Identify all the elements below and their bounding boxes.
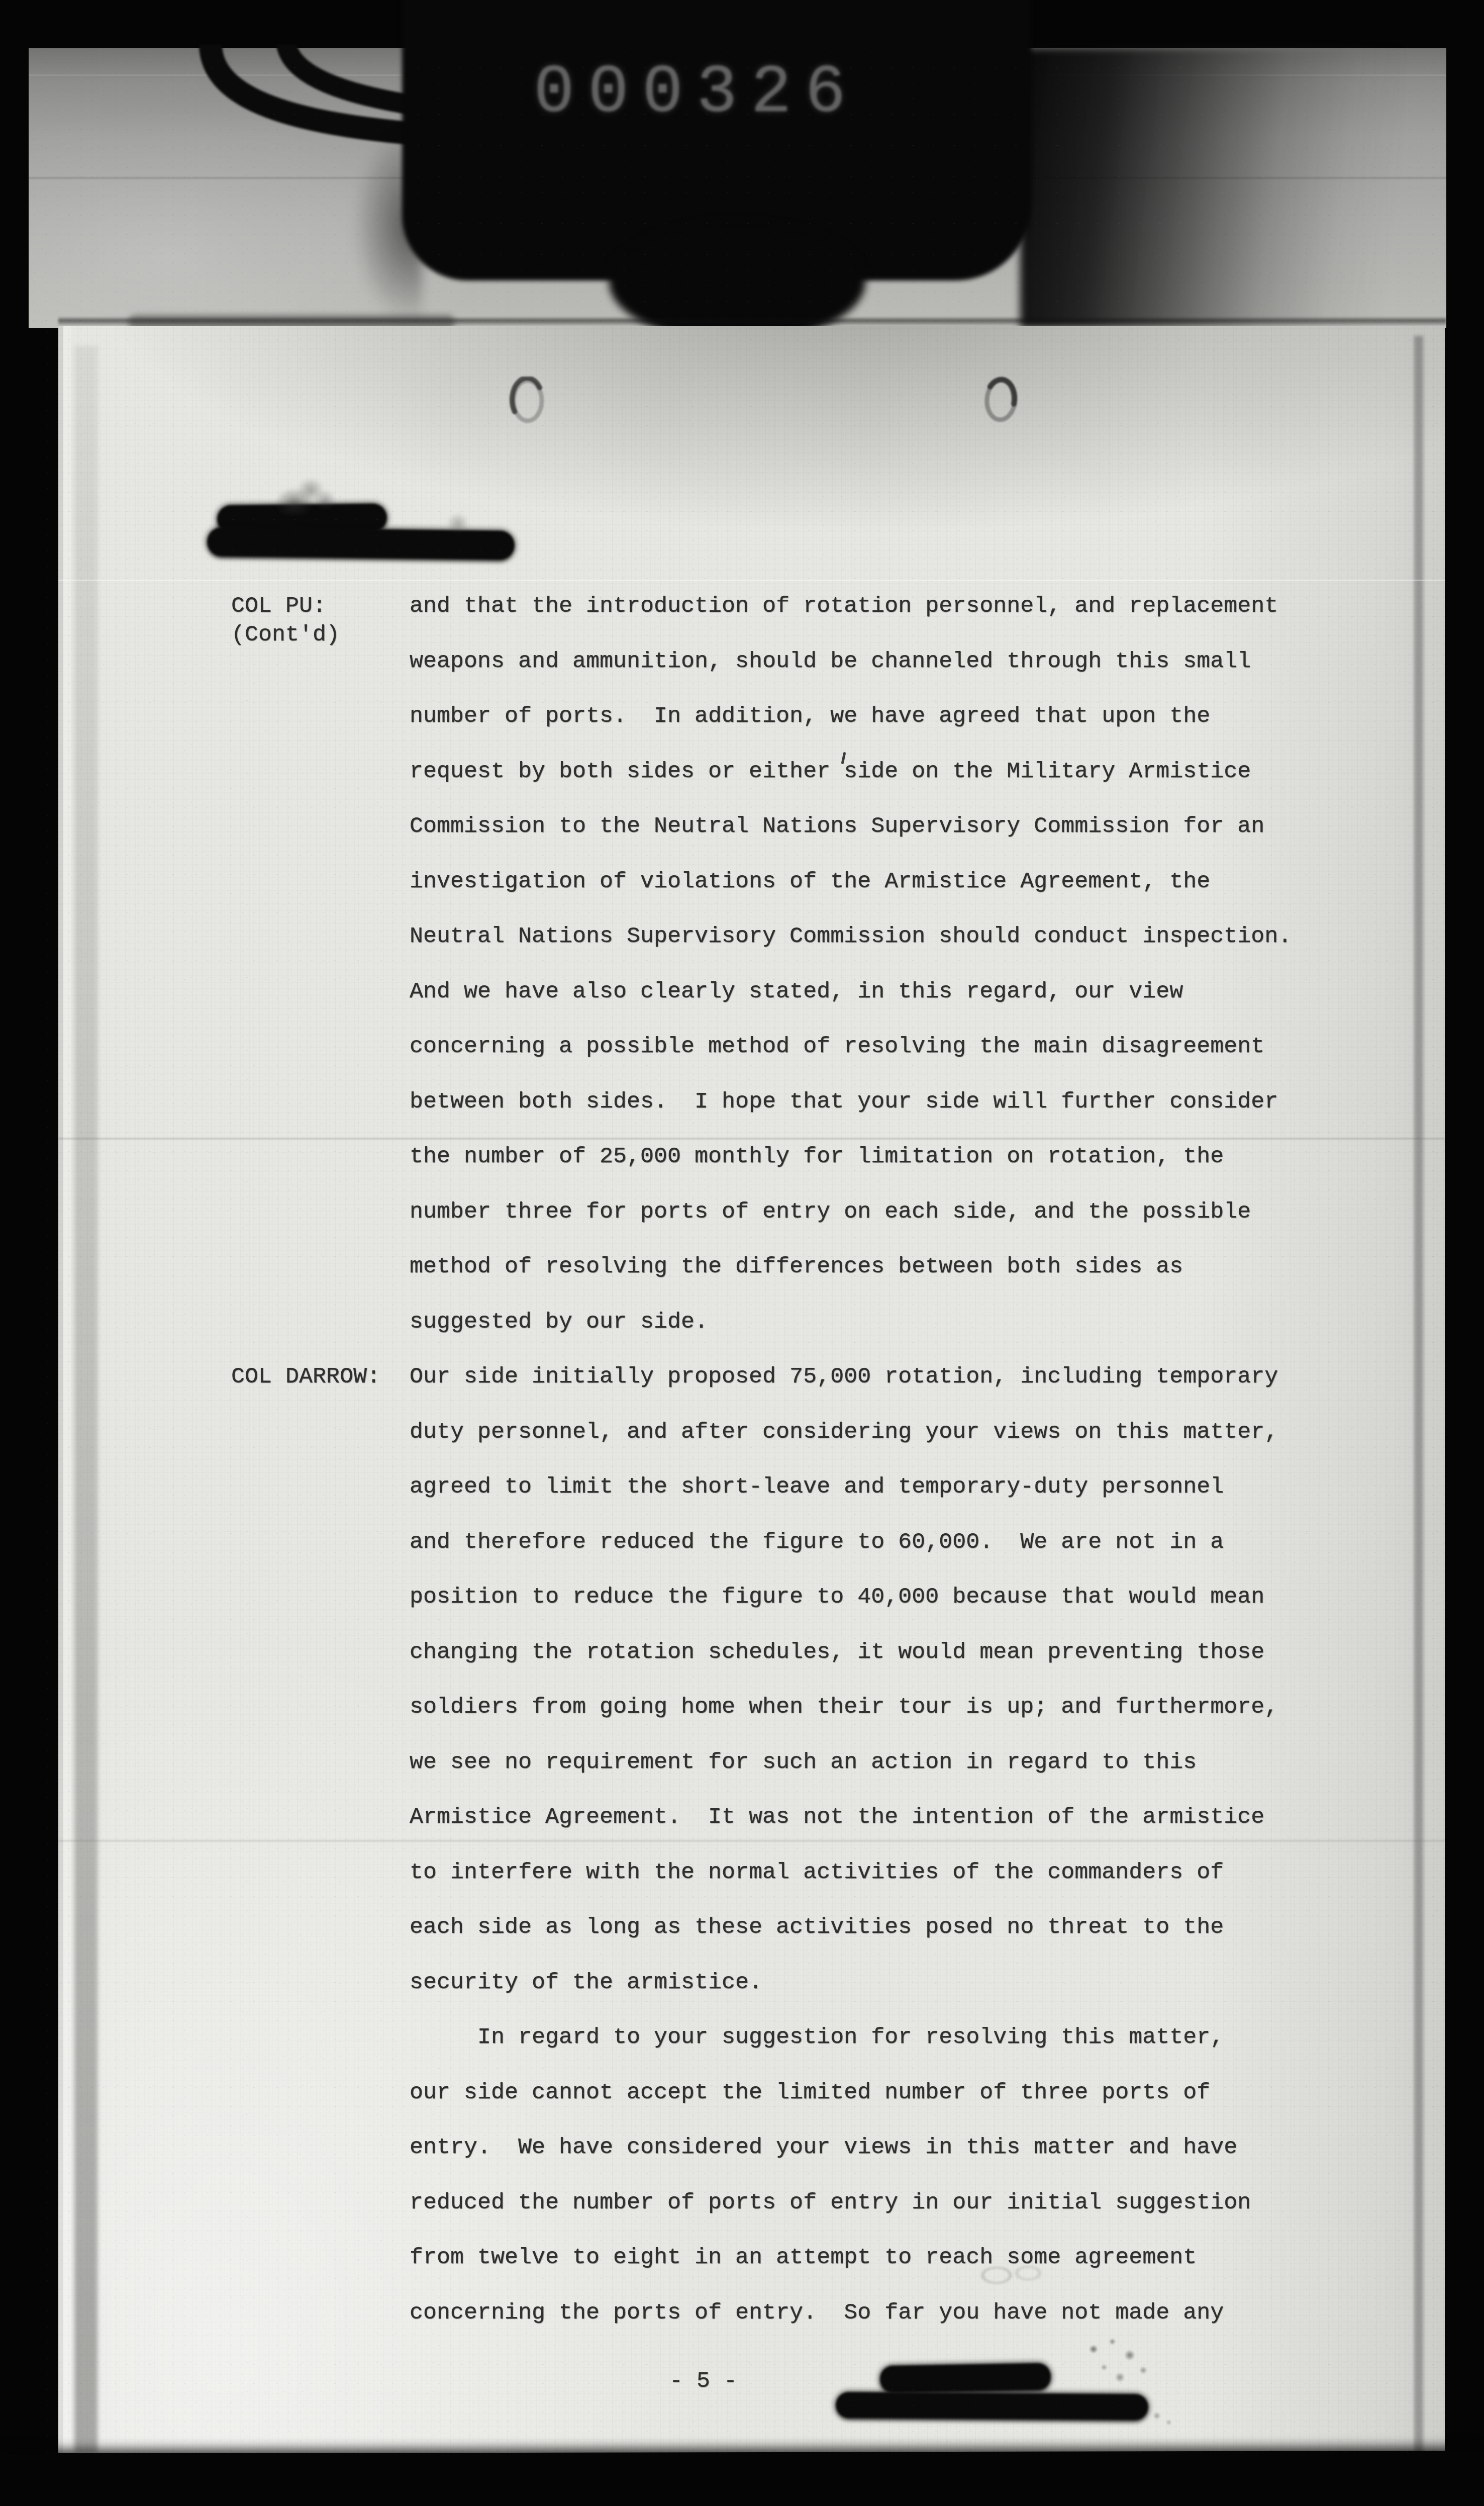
microfilm-scan: 000326 COL PU: (Cont'd) COL DARROW: and … xyxy=(0,0,1484,2506)
typed-line: investigation of violations of the Armis… xyxy=(410,870,1210,893)
document-page: COL PU: (Cont'd) COL DARROW: and that th… xyxy=(58,326,1445,2453)
typed-line: number three for ports of entry on each … xyxy=(410,1200,1251,1224)
ink-smudge xyxy=(1148,2407,1178,2429)
typed-line: number of ports. In addition, we have ag… xyxy=(410,705,1210,728)
typed-line: concerning the ports of entry. So far yo… xyxy=(410,2301,1224,2325)
typed-line: In regard to your suggestion for resolvi… xyxy=(410,2026,1224,2049)
typed-line: weapons and ammunition, should be channe… xyxy=(410,650,1251,673)
binder-hole-right-icon xyxy=(979,374,1023,426)
typed-line: method of resolving the differences betw… xyxy=(410,1255,1183,1278)
redaction-bar xyxy=(836,2392,1148,2420)
typed-line: duty personnel, and after considering yo… xyxy=(410,1421,1278,1444)
typed-line: position to reduce the figure to 40,000 … xyxy=(410,1586,1264,1609)
speaker-label-col-darrow: COL DARROW: xyxy=(231,1365,380,1388)
typed-line: concerning a possible method of resolvin… xyxy=(410,1035,1264,1058)
paper-crease xyxy=(58,1840,1445,1842)
typed-line: between both sides. I hope that your sid… xyxy=(410,1090,1278,1113)
typed-line: Armistice Agreement. It was not the inte… xyxy=(410,1806,1264,1829)
typed-line: and that the introduction of rotation pe… xyxy=(410,595,1278,618)
typed-line: the number of 25,000 monthly for limitat… xyxy=(410,1145,1224,1168)
typed-line: Our side initially proposed 75,000 rotat… xyxy=(410,1365,1278,1388)
paper-shine-line xyxy=(58,580,1445,581)
speaker-label-col-pu: COL PU: xyxy=(231,595,326,618)
film-bottom-band xyxy=(0,2451,1484,2506)
frame-counter-digits: 000326 xyxy=(534,59,859,127)
typed-line: and therefore reduced the figure to 60,0… xyxy=(410,1531,1224,1554)
redaction-bar xyxy=(880,2363,1051,2393)
typed-line: soldiers from going home when their tour… xyxy=(410,1696,1278,1719)
paper-crease xyxy=(1414,336,1423,2453)
typed-line: we see no requirement for such an action… xyxy=(410,1751,1197,1774)
paper-crease xyxy=(58,1138,1445,1140)
typed-line: And we have also clearly stated, in this… xyxy=(410,980,1183,1003)
typed-line: Neutral Nations Supervisory Commission s… xyxy=(410,925,1292,948)
ink-smudge xyxy=(441,511,474,537)
typed-line: entry. We have considered your views in … xyxy=(410,2136,1237,2159)
typed-line: to interfere with the normal activities … xyxy=(410,1861,1224,1884)
typed-line: Commission to the Neutral Nations Superv… xyxy=(410,815,1264,838)
typed-line: reduced the number of ports of entry in … xyxy=(410,2191,1251,2214)
binder-hole-left-icon xyxy=(508,377,548,425)
typed-line: changing the rotation schedules, it woul… xyxy=(410,1641,1264,1664)
counter-shadow xyxy=(1020,48,1402,328)
typed-line: from twelve to eight in an attempt to re… xyxy=(410,2246,1197,2269)
typed-line: request by both sides or either side on … xyxy=(410,760,1251,783)
page-number: - 5 - xyxy=(669,2370,737,2393)
typed-line: each side as long as these activities po… xyxy=(410,1916,1224,1939)
ink-smudge xyxy=(974,2262,1049,2288)
typed-line: agreed to limit the short-leave and temp… xyxy=(410,1475,1224,1499)
typed-line: our side cannot accept the limited numbe… xyxy=(410,2081,1210,2104)
typed-line: security of the armistice. xyxy=(410,1971,762,1994)
ink-smudge xyxy=(1078,2334,1154,2384)
ink-smudge xyxy=(271,477,337,515)
speaker-label-contd: (Cont'd) xyxy=(231,623,340,646)
typed-line: suggested by our side. xyxy=(410,1311,708,1334)
paper-crease xyxy=(74,346,97,2452)
